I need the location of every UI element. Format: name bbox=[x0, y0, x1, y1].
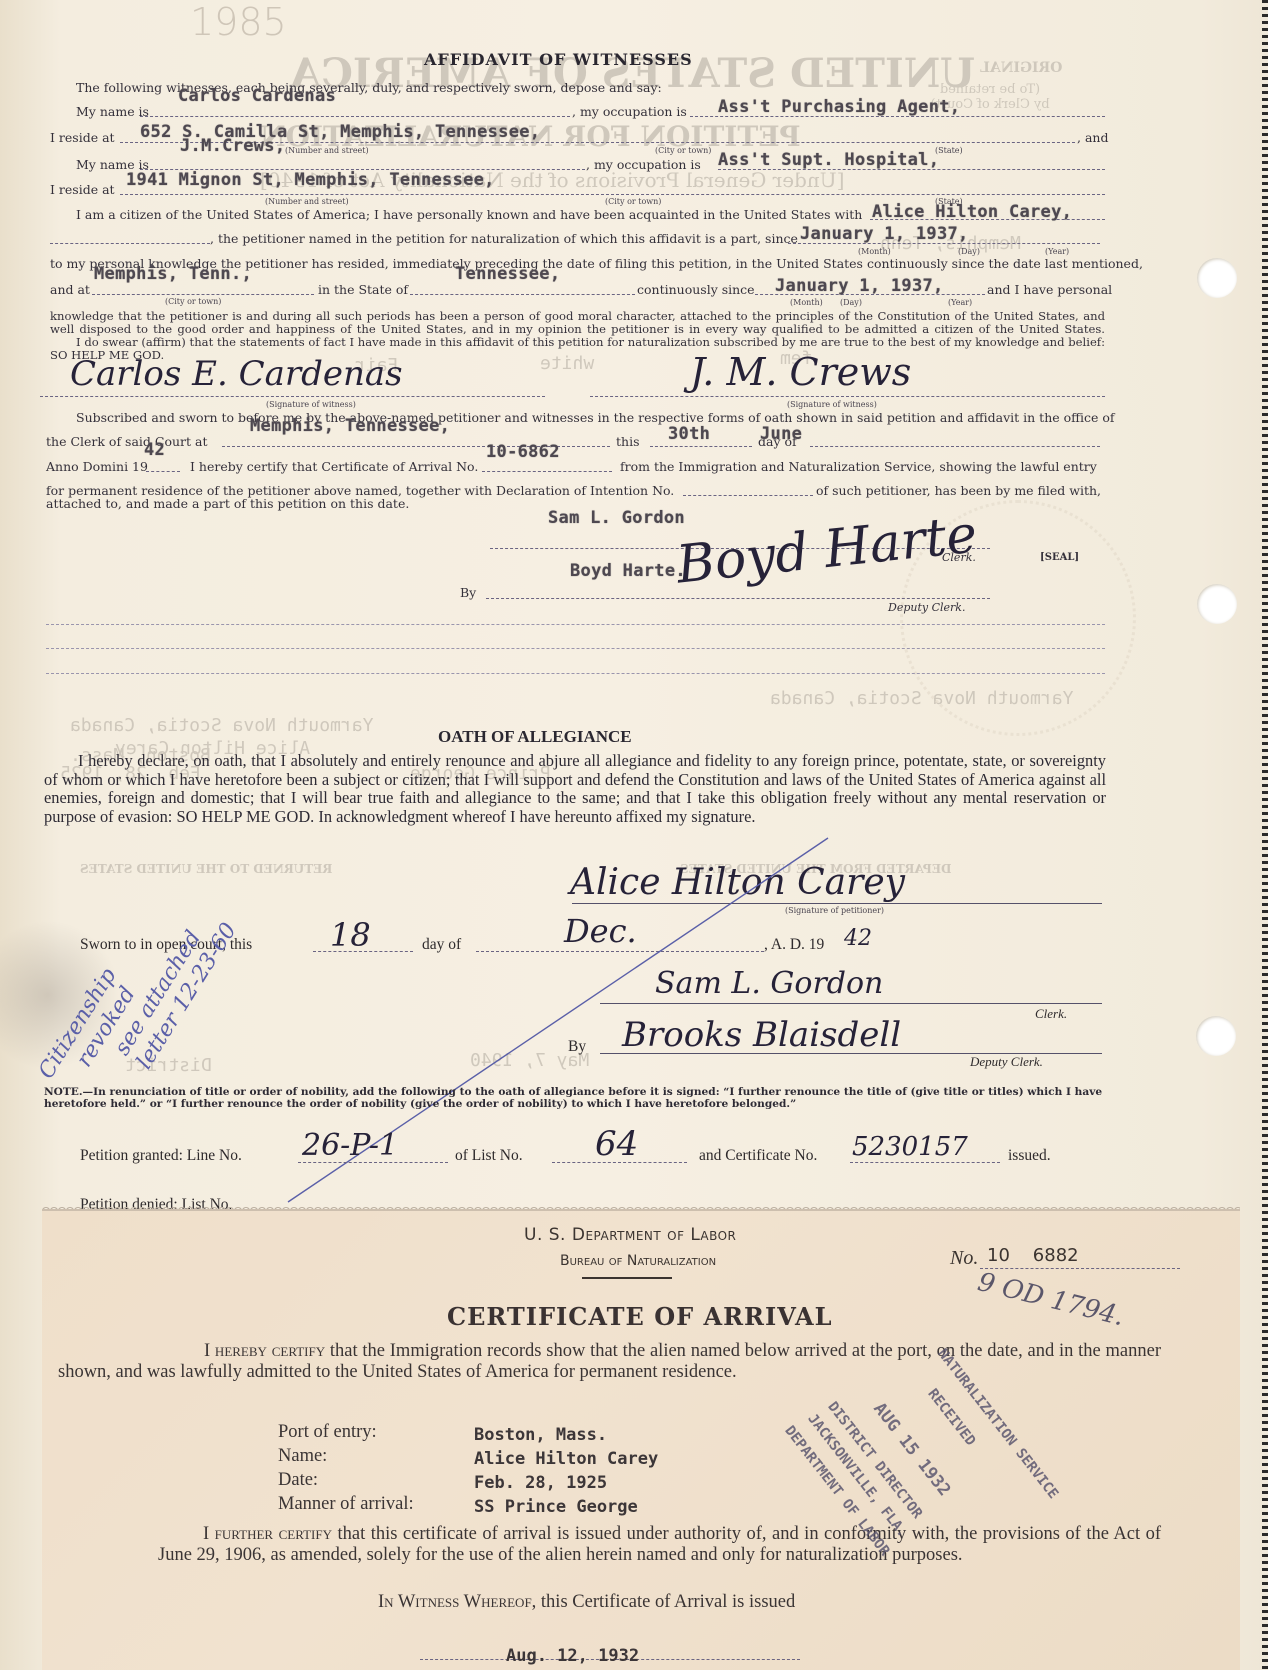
witness1-signature-line bbox=[40, 396, 545, 397]
citizen-text-1: I am a citizen of the United States of A… bbox=[76, 207, 862, 222]
since-date-1: January 1, 1937, bbox=[800, 224, 969, 244]
year-hint: (Year) bbox=[1045, 247, 1069, 256]
port-of-entry-value: Boston, Mass. bbox=[474, 1425, 607, 1445]
city-hint-2: (City or town) bbox=[605, 197, 661, 206]
nobility-note: NOTE.—In renunciation of title or order … bbox=[44, 1086, 1106, 1110]
witness2-name: J.M.Crews, bbox=[180, 136, 285, 156]
deputy-line bbox=[486, 598, 990, 599]
witness2-reside-label: I reside at bbox=[50, 182, 115, 197]
deputy-name-typed: Boyd Harte. bbox=[570, 561, 686, 581]
affidavit-intro: The following witnesses, each being seve… bbox=[76, 80, 662, 95]
month-hint-2: (Month) bbox=[790, 298, 823, 307]
state-value: Tennessee, bbox=[455, 264, 560, 284]
court-place: Memphis, Tennessee, bbox=[250, 416, 450, 436]
affidavit-title: AFFIDAVIT OF WITNESSES bbox=[424, 50, 693, 69]
witness2-occupation-label: , my occupation is bbox=[586, 157, 701, 172]
witness-sig-label-1: (Signature of witness) bbox=[266, 400, 356, 409]
witness1-name: Carlos Cardenas bbox=[178, 86, 336, 106]
city-hint: (City or town) bbox=[655, 146, 711, 155]
bleed-original: ORIGINAL bbox=[980, 60, 1062, 76]
citizen-text-2: , the petitioner named in the petition f… bbox=[210, 231, 798, 246]
day-line bbox=[650, 446, 752, 447]
witness2-address-line bbox=[120, 194, 1105, 195]
year-line bbox=[146, 471, 180, 472]
port-of-entry-label: Port of entry: bbox=[278, 1422, 377, 1443]
cert-no-line bbox=[850, 1162, 1000, 1163]
witness2-signature-line bbox=[590, 396, 1105, 397]
day-hint: (Day) bbox=[958, 247, 980, 256]
and-at-label: and at bbox=[50, 282, 90, 297]
oath-text: I hereby declare, on oath, that I absolu… bbox=[44, 752, 1106, 826]
personal-label: and I have personal bbox=[987, 282, 1112, 297]
manner-value: SS Prince George bbox=[474, 1497, 638, 1517]
witness2-address: 1941 Mignon St, Memphis, Tennessee, bbox=[126, 170, 495, 190]
state-line bbox=[410, 294, 635, 295]
oath-clerk-label: Clerk. bbox=[1035, 1006, 1067, 1022]
name-value: Alice Hilton Carey bbox=[474, 1449, 658, 1469]
clerk-name-typed: Sam L. Gordon bbox=[548, 508, 685, 528]
witness-sig-label-2: (Signature of witness) bbox=[787, 400, 877, 409]
knowledge-text: knowledge that the petitioner is and dur… bbox=[50, 310, 1105, 336]
month-hint: (Month) bbox=[858, 247, 891, 256]
witness1-and-label: , and bbox=[1077, 130, 1108, 145]
line-no: 26-P-1 bbox=[302, 1128, 398, 1163]
department-heading: U. S. Department of Labor bbox=[524, 1225, 736, 1245]
issued-label: issued. bbox=[1008, 1147, 1051, 1165]
petitioner-name-typed: Alice Hilton Carey, bbox=[872, 202, 1072, 222]
sworn-year: 42 bbox=[844, 926, 872, 951]
date-label: Date: bbox=[278, 1470, 318, 1491]
further-certify-paragraph: I further certify that this certificate … bbox=[58, 1524, 1161, 1566]
anno-domini-label: Anno Domini 19 bbox=[46, 459, 148, 474]
number-street-hint: (Number and street) bbox=[285, 146, 369, 155]
handwritten-file-no: 9 OD 1794. bbox=[975, 1267, 1127, 1332]
arrival-no: 10-6862 bbox=[486, 442, 560, 462]
certificate-no-line bbox=[980, 1268, 1180, 1269]
seal-label: [SEAL] bbox=[1040, 550, 1079, 565]
further-lead: I further certify bbox=[203, 1524, 332, 1544]
certificate-no: 10 6882 bbox=[987, 1245, 1079, 1266]
city-hint-3: (City or town) bbox=[165, 297, 221, 306]
month-value: June bbox=[760, 424, 802, 444]
witness-whereof: In Witness Whereof, this Certificate of … bbox=[378, 1592, 795, 1613]
certificate-title: CERTIFICATE OF ARRIVAL bbox=[447, 1302, 832, 1331]
oath-deputy-label: Deputy Clerk. bbox=[970, 1054, 1043, 1070]
number-street-hint-2: (Number and street) bbox=[265, 197, 349, 206]
by-label: By bbox=[460, 585, 476, 600]
witness-text: , this Certificate of Arrival is issued bbox=[532, 1592, 796, 1612]
witness1-signature: Carlos E. Cardenas bbox=[70, 354, 403, 394]
petitioner-blank-line bbox=[50, 243, 210, 244]
certificate-no-label: No. bbox=[950, 1247, 978, 1270]
witness1-reside-label: I reside at bbox=[50, 130, 115, 145]
state-label: in the State of bbox=[318, 282, 408, 297]
day-value: 30th bbox=[668, 424, 710, 444]
oath-title: OATH OF ALLEGIANCE bbox=[438, 727, 632, 747]
and-at-line bbox=[92, 294, 314, 295]
continuously-since-label: continuously since bbox=[637, 282, 755, 297]
arrival-no-line bbox=[482, 471, 612, 472]
cert-no: 5230157 bbox=[852, 1132, 968, 1162]
witness1-occupation-label: , my occupation is bbox=[572, 104, 687, 119]
list-no: 64 bbox=[595, 1124, 638, 1164]
certify-label: I hereby certify that Certificate of Arr… bbox=[190, 459, 478, 474]
name-label: Name: bbox=[278, 1446, 327, 1467]
attached-text: attached to, and made a part of this pet… bbox=[46, 496, 409, 511]
cert-no-label: and Certificate No. bbox=[699, 1147, 817, 1165]
certify-paragraph: I hereby certify that the Immigration re… bbox=[58, 1341, 1161, 1383]
blank-line bbox=[46, 673, 1105, 674]
list-no-label: of List No. bbox=[455, 1147, 523, 1165]
subscribed-text: Subscribed and sworn to before me by the… bbox=[76, 410, 1115, 425]
certificate-of-arrival: U. S. Department of Labor Bureau of Natu… bbox=[42, 1209, 1240, 1670]
blank-line bbox=[46, 648, 1105, 649]
date-value: Feb. 28, 1925 bbox=[474, 1473, 607, 1493]
from-label: from the Immigration and Naturalization … bbox=[620, 459, 1097, 474]
witness1-name-line bbox=[140, 116, 570, 117]
year-value: 42 bbox=[144, 440, 165, 460]
bleed-yarmouth-2: Yarmouth Nova Scotia, Canada bbox=[70, 715, 373, 736]
clerk-at-label: the Clerk of said Court at bbox=[46, 434, 207, 449]
heading-rule bbox=[582, 1277, 672, 1279]
punch-hole bbox=[1197, 584, 1237, 624]
witness2-occupation: Ass't Supt. Hospital, bbox=[718, 150, 939, 170]
witness-lead: In Witness Whereof bbox=[378, 1592, 532, 1612]
granted-label: Petition granted: Line No. bbox=[80, 1147, 242, 1165]
since-date-2: January 1, 1937, bbox=[775, 276, 944, 296]
this-label: this bbox=[616, 434, 640, 449]
witness1-occupation: Ass't Purchasing Agent, bbox=[718, 97, 960, 117]
manner-label: Manner of arrival: bbox=[278, 1494, 414, 1515]
and-at-city: Memphis, Tenn., bbox=[94, 264, 252, 284]
day-hint-2: (Day) bbox=[840, 298, 862, 307]
document-page: UNITED STATES OF AMERICA PETITION FOR NA… bbox=[0, 0, 1268, 1670]
such-petitioner-label: of such petitioner, has been by me filed… bbox=[816, 483, 1101, 498]
bureau-heading: Bureau of Naturalization bbox=[560, 1253, 716, 1269]
issued-date: Aug. 12, 1932 bbox=[506, 1646, 639, 1666]
declaration-no-line bbox=[683, 495, 813, 496]
witness1-name-label: My name is bbox=[76, 104, 149, 119]
punch-hole bbox=[1196, 1016, 1236, 1056]
deputy-clerk-label: Deputy Clerk. bbox=[888, 600, 965, 615]
witness2-signature: J. M. Crews bbox=[690, 350, 911, 394]
blank-line bbox=[46, 624, 1105, 625]
perforated-edge bbox=[1262, 0, 1268, 1670]
month-line bbox=[810, 446, 1100, 447]
pencil-number: 1985 bbox=[190, 0, 287, 44]
year-hint-2: (Year) bbox=[948, 298, 972, 307]
punch-hole bbox=[1197, 258, 1237, 298]
certify-lead: I hereby certify bbox=[204, 1341, 325, 1361]
